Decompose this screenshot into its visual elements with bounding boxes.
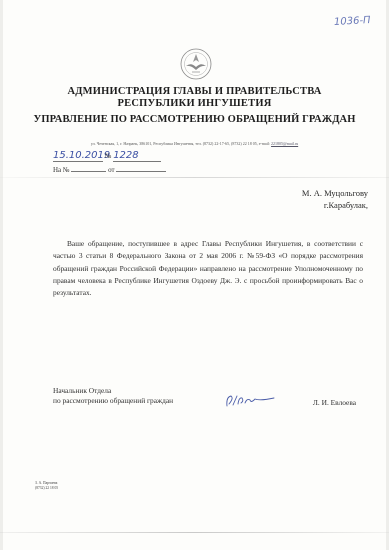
addressee-city: г.Карабулак, <box>302 199 368 211</box>
from-label: от <box>108 166 114 174</box>
addressee-name: М. А. Муцольгову <box>302 187 368 199</box>
signer-name: Л. И. Евлоева <box>313 398 356 407</box>
email-link[interactable]: 221805@mail.ru <box>271 141 298 146</box>
address-line: ул. Чеченская, 1, г. Назрань, 386101, Ре… <box>0 141 389 146</box>
registration-stamp: 1036-П <box>334 15 371 28</box>
signatory-position: Начальник Отдела по рассмотрению обращен… <box>53 386 173 406</box>
handwritten-signature-icon <box>224 392 276 410</box>
bottom-fold-line <box>0 532 389 533</box>
page-edge-left <box>0 0 3 550</box>
letter-body: Ваше обращение, поступившее в адрес Глав… <box>53 238 363 299</box>
outgoing-reference: 15.10.2019 № 1228 <box>53 150 161 162</box>
addressee-block: М. А. Муцольгову г.Карабулак, <box>302 187 368 211</box>
executor-name: З. А. Парчоева <box>35 481 58 486</box>
fold-line <box>0 177 389 178</box>
department-title: УПРАВЛЕНИЕ ПО РАССМОТРЕНИЮ ОБРАЩЕНИЙ ГРА… <box>0 114 389 125</box>
organization-title: АДМИНИСТРАЦИЯ ГЛАВЫ И ПРАВИТЕЛЬСТВА РЕСП… <box>0 86 389 110</box>
incoming-reference: На № от <box>53 164 166 174</box>
reply-date-blank <box>116 164 166 172</box>
coat-of-arms-icon <box>180 48 212 80</box>
position-line2: по рассмотрению обращений граждан <box>53 396 173 406</box>
handwritten-date: 15.10.2019 <box>53 150 103 162</box>
org-title-line2: РЕСПУБЛИКИ ИНГУШЕТИЯ <box>0 98 389 110</box>
reply-to-label: На № <box>53 166 70 174</box>
org-title-line1: АДМИНИСТРАЦИЯ ГЛАВЫ И ПРАВИТЕЛЬСТВА <box>0 86 389 98</box>
reply-number-blank <box>71 164 106 172</box>
executor-note: З. А. Парчоева (8732) 22 18 05 <box>35 481 58 490</box>
number-label: № <box>105 152 112 160</box>
letter-page: 1036-П АДМИНИСТРАЦИЯ ГЛАВЫ И ПРАВИТЕЛЬСТ… <box>0 0 389 550</box>
position-line1: Начальник Отдела <box>53 386 173 396</box>
executor-phone: (8732) 22 18 05 <box>35 486 58 491</box>
handwritten-number: 1228 <box>113 150 161 162</box>
address-text: ул. Чеченская, 1, г. Назрань, 386101, Ре… <box>91 141 270 146</box>
